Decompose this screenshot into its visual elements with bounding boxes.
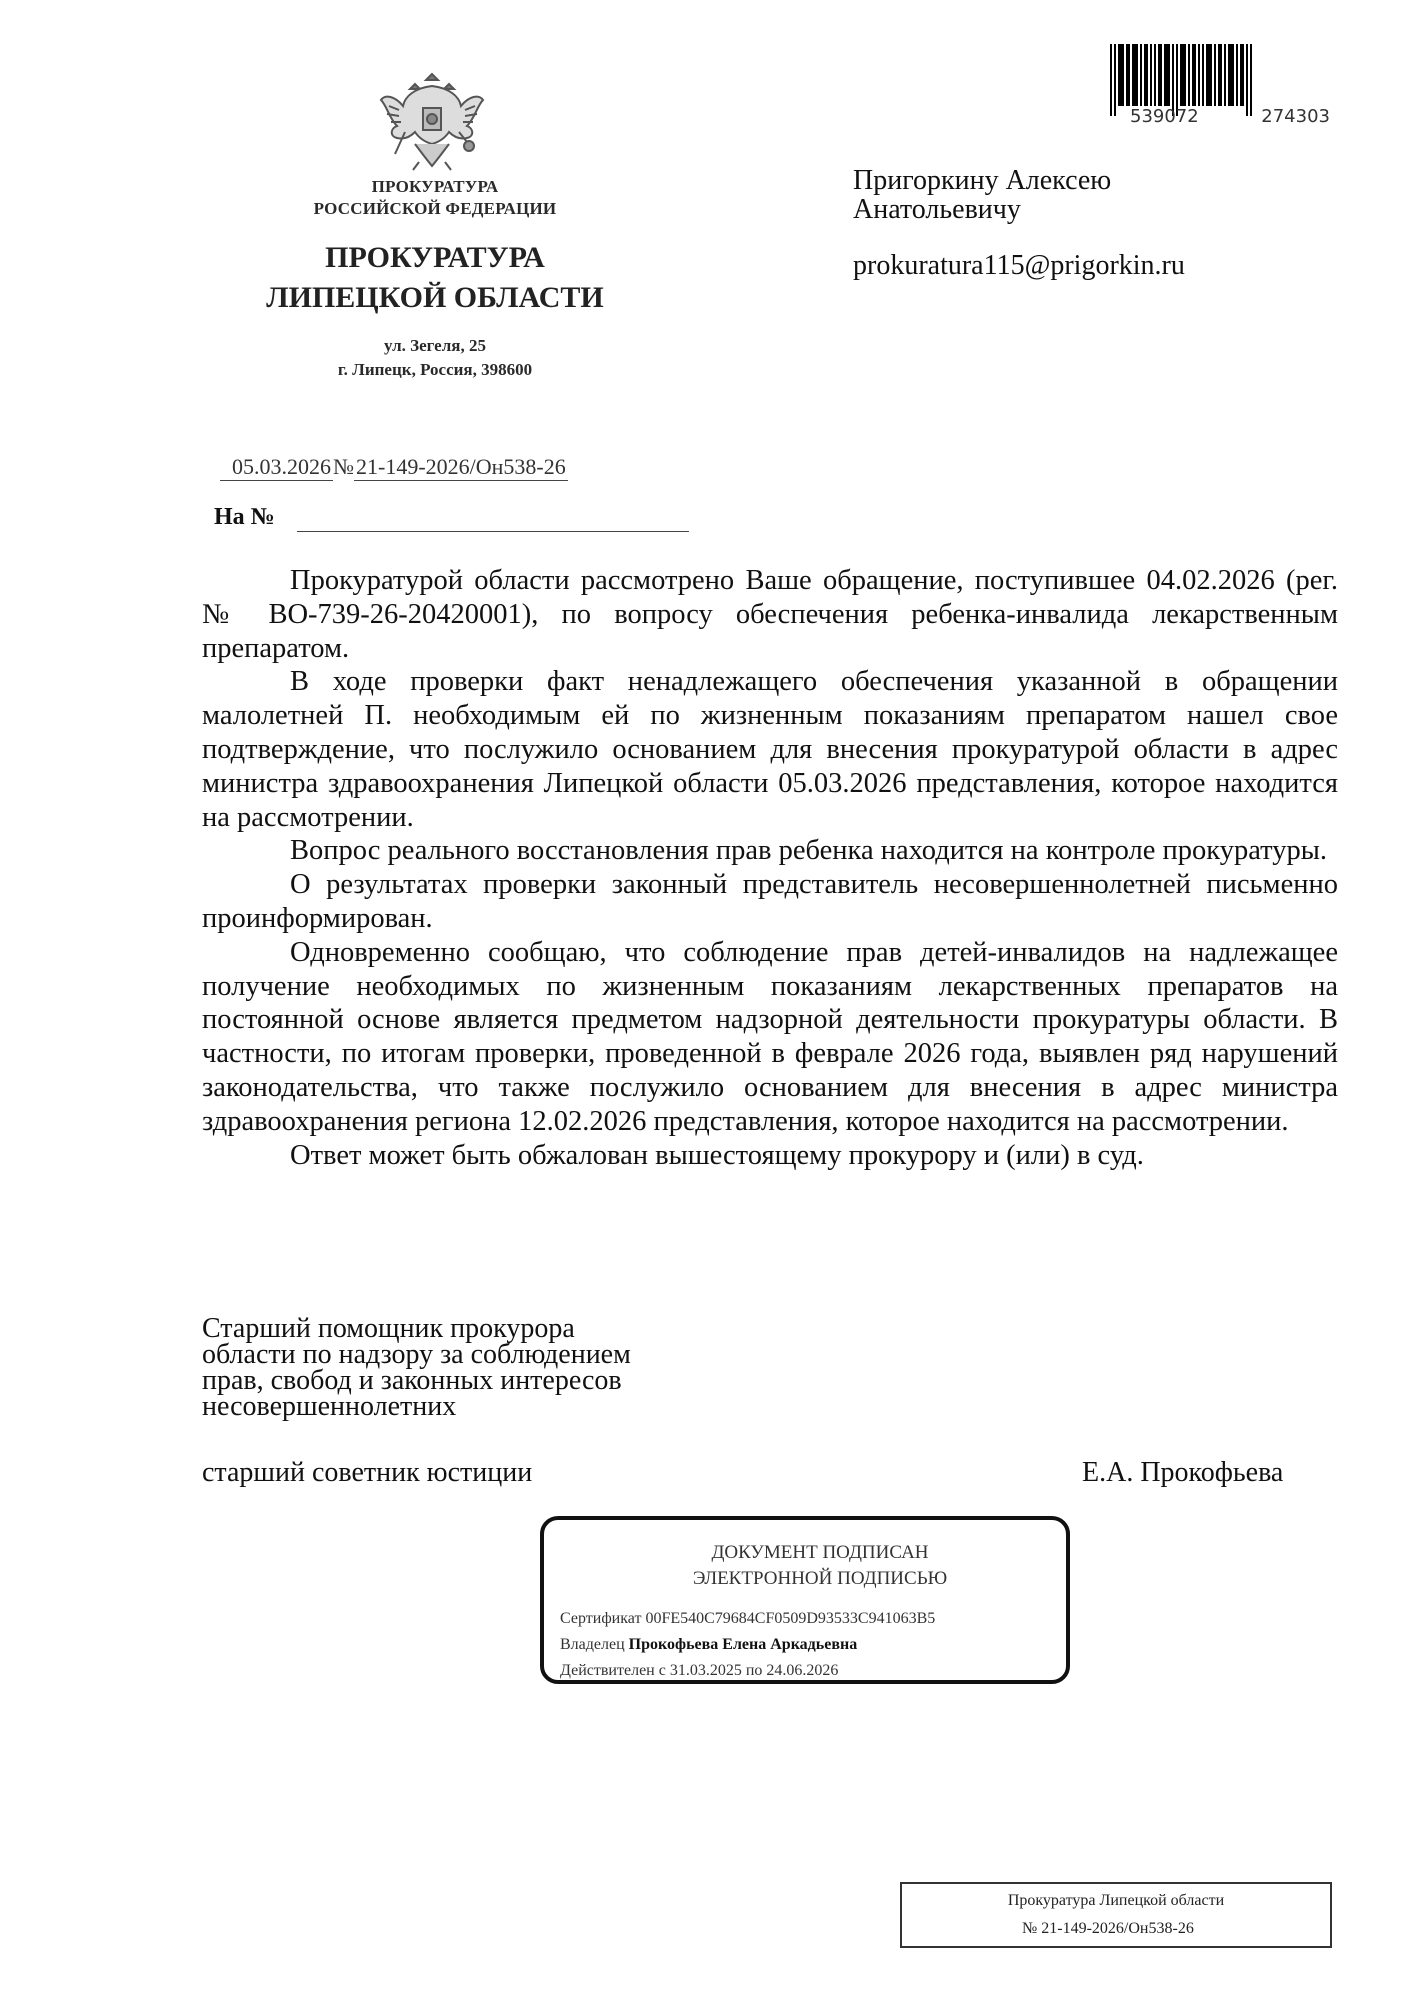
esig-owner: Владелец Прокофьева Елена Аркадьевна: [560, 1636, 857, 1654]
registration-stamp: Прокуратура Липецкой области № 21-149-20…: [900, 1882, 1332, 1948]
body-paragraph: Вопрос реального восстановления прав реб…: [202, 834, 1338, 868]
recipient-email: prokuratura115@prigorkin.ru: [853, 250, 1185, 282]
esig-validity: Действителен с 31.03.2025 по 24.06.2026: [560, 1662, 838, 1680]
stamp-number-sign: №: [1022, 1920, 1037, 1937]
signer-title-line: несовершеннолетних: [202, 1394, 631, 1420]
electronic-signature-stamp: ДОКУМЕНТ ПОДПИСАН ЭЛЕКТРОННОЙ ПОДПИСЬЮ С…: [540, 1516, 1070, 1684]
stamp-org: Прокуратура Липецкой области: [902, 1892, 1330, 1910]
org-name-line1: ПРОКУРАТУРА: [210, 238, 660, 278]
org-parent-line2: РОССИЙСКОЙ ФЕДЕРАЦИИ: [240, 198, 630, 220]
russian-coat-of-arms-icon: [375, 66, 489, 176]
org-parent-name: ПРОКУРАТУРА РОССИЙСКОЙ ФЕДЕРАЦИИ: [240, 176, 630, 220]
esig-certificate-value: 00FE540C79684CF0509D93533C941063B5: [645, 1610, 935, 1627]
org-name: ПРОКУРАТУРА ЛИПЕЦКОЙ ОБЛАСТИ: [210, 238, 660, 318]
body-paragraph: Одновременно сообщаю, что соблюдение пра…: [202, 936, 1338, 1139]
letter-body: Прокуратурой области рассмотрено Ваше об…: [202, 564, 1338, 1172]
number-sign: №: [333, 454, 354, 479]
org-name-line2: ЛИПЕЦКОЙ ОБЛАСТИ: [210, 278, 660, 318]
recipient-name: Пригоркину Алексею Анатольевичу: [853, 166, 1111, 224]
esig-valid-label: Действителен: [560, 1662, 655, 1679]
esig-heading-line2: ЭЛЕКТРОННОЙ ПОДПИСЬЮ: [574, 1566, 1066, 1592]
esig-owner-label: Владелец: [560, 1636, 625, 1653]
reply-to-blank-line: [297, 531, 689, 532]
barcode-left-digits: 539072: [1130, 106, 1199, 127]
body-paragraph: Ответ может быть обжалован вышестоящему …: [202, 1139, 1338, 1173]
esig-owner-value: Прокофьева Елена Аркадьевна: [629, 1636, 858, 1653]
stamp-number-line: № 21-149-2026/Он538-26: [1022, 1920, 1194, 1938]
recipient-name-line1: Пригоркину Алексею: [853, 166, 1111, 195]
esig-heading-line1: ДОКУМЕНТ ПОДПИСАН: [574, 1540, 1066, 1566]
address-line2: г. Липецк, Россия, 398600: [240, 358, 630, 382]
barcode-right-digits: 274303: [1261, 106, 1330, 127]
stamp-number: 21-149-2026/Он538-26: [1041, 1920, 1194, 1937]
esig-valid-from-label: с: [659, 1662, 666, 1679]
esig-valid-to: 24.06.2026: [766, 1662, 838, 1679]
barcode-digits: 539072 274303: [1130, 106, 1330, 127]
body-paragraph: Прокуратурой области рассмотрено Ваше об…: [202, 564, 1338, 665]
registration-date: 05.03.2026: [220, 454, 333, 481]
recipient-name-line2: Анатольевичу: [853, 195, 1111, 224]
reply-to-label: На №: [214, 504, 275, 531]
esig-certificate-label: Сертификат: [560, 1610, 641, 1627]
body-paragraph: О результатах проверки законный представ…: [202, 868, 1338, 936]
outgoing-registration: 05.03.2026№21-149-2026/Он538-26: [220, 454, 568, 480]
barcode: [1110, 44, 1330, 108]
org-parent-line1: ПРОКУРАТУРА: [240, 176, 630, 198]
org-address: ул. Зегеля, 25 г. Липецк, Россия, 398600: [240, 334, 630, 382]
esig-certificate: Сертификат 00FE540C79684CF0509D93533C941…: [560, 1610, 935, 1628]
signer-name: Е.А. Прокофьева: [1082, 1457, 1283, 1489]
body-paragraph: В ходе проверки факт ненадлежащего обесп…: [202, 665, 1338, 834]
esig-heading: ДОКУМЕНТ ПОДПИСАН ЭЛЕКТРОННОЙ ПОДПИСЬЮ: [544, 1540, 1066, 1592]
esig-valid-to-label: по: [746, 1662, 763, 1679]
address-line1: ул. Зегеля, 25: [240, 334, 630, 358]
esig-valid-from: 31.03.2025: [670, 1662, 742, 1679]
signer-rank: старший советник юстиции: [202, 1457, 532, 1489]
registration-number: 21-149-2026/Он538-26: [354, 454, 568, 481]
signer-title: Старший помощник прокурора области по на…: [202, 1316, 631, 1420]
